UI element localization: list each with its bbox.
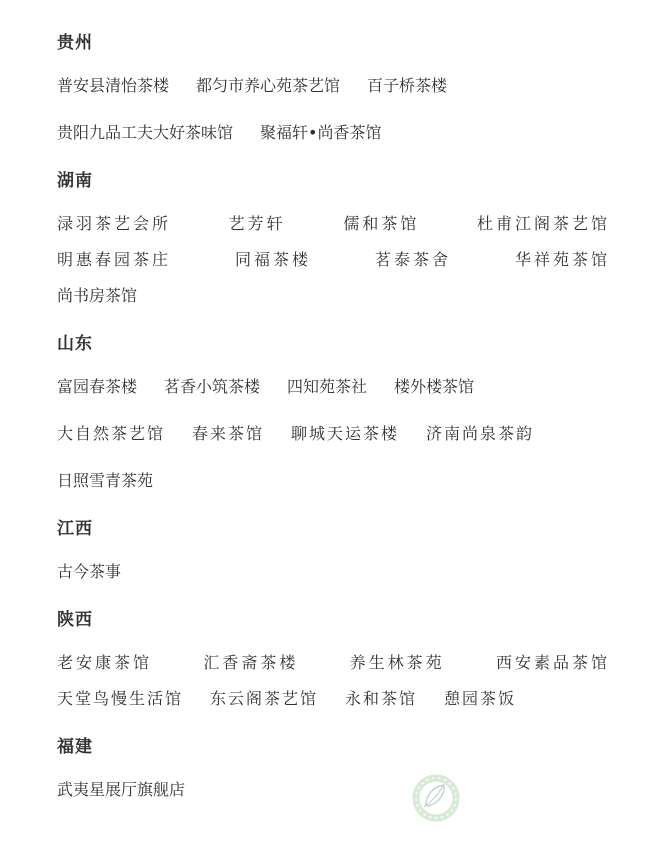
venue-row: 日照雪青茶苑	[57, 471, 610, 491]
venue-row: 武夷星展厅旗舰店	[57, 780, 610, 800]
province-section: 江西古今茶事	[57, 519, 610, 582]
venue-name: 东云阁茶艺馆	[210, 689, 318, 709]
venue-name: 西安素品茶馆	[496, 653, 610, 673]
venue-row: 渌羽茶艺会所艺芳轩儒和茶馆杜甫江阁茶艺馆	[57, 214, 610, 234]
venue-name: 杜甫江阁茶艺馆	[477, 214, 610, 234]
province-section: 贵州普安县清怡茶楼都匀市养心苑茶艺馆百子桥茶楼贵阳九品工夫大好茶味馆聚福轩•尚香…	[57, 33, 610, 143]
venue-name: 普安县清怡茶楼	[57, 76, 169, 96]
venue-name: 古今茶事	[57, 562, 121, 582]
venue-name: 春来茶馆	[192, 424, 264, 444]
venue-name: 百子桥茶楼	[367, 76, 447, 96]
document-page: 贵州普安县清怡茶楼都匀市养心苑茶艺馆百子桥茶楼贵阳九品工夫大好茶味馆聚福轩•尚香…	[0, 0, 667, 846]
venue-row: 大自然茶艺馆春来茶馆聊城天运茶楼济南尚泉茶韵	[57, 424, 610, 444]
province-section: 湖南渌羽茶艺会所艺芳轩儒和茶馆杜甫江阁茶艺馆明惠春园茶庄同福茶楼茗泰茶舍华祥苑茶…	[57, 171, 610, 306]
province-heading: 陕西	[57, 610, 610, 630]
venue-row: 古今茶事	[57, 562, 610, 582]
venue-row: 明惠春园茶庄同福茶楼茗泰茶舍华祥苑茶馆	[57, 250, 610, 270]
venue-name: 茗泰茶舍	[375, 250, 451, 270]
venue-name: 儒和茶馆	[343, 214, 419, 234]
venue-name: 汇香斋茶楼	[203, 653, 298, 673]
venue-row: 贵阳九品工夫大好茶味馆聚福轩•尚香茶馆	[57, 123, 610, 143]
venue-name: 天堂鸟慢生活馆	[57, 689, 183, 709]
venue-name: 济南尚泉茶韵	[426, 424, 534, 444]
venue-name: 养生林茶苑	[350, 653, 445, 673]
province-section: 陕西老安康茶馆汇香斋茶楼养生林茶苑西安素品茶馆天堂鸟慢生活馆东云阁茶艺馆永和茶馆…	[57, 610, 610, 709]
province-heading: 福建	[57, 737, 610, 757]
venue-row: 老安康茶馆汇香斋茶楼养生林茶苑西安素品茶馆	[57, 653, 610, 673]
province-heading: 山东	[57, 334, 610, 354]
venue-row: 尚书房茶馆	[57, 286, 610, 306]
province-section: 山东富园春茶楼茗香小筑茶楼四知苑茶社楼外楼茶馆大自然茶艺馆春来茶馆聊城天运茶楼济…	[57, 334, 610, 491]
venue-name: 大自然茶艺馆	[57, 424, 165, 444]
venue-name: 聚福轩•尚香茶馆	[260, 123, 381, 143]
venue-name: 永和茶馆	[345, 689, 417, 709]
venue-name: 渌羽茶艺会所	[57, 214, 171, 234]
venue-name: 憩园茶饭	[444, 689, 516, 709]
province-heading: 贵州	[57, 33, 610, 53]
venue-name: 同福茶楼	[235, 250, 311, 270]
venue-name: 华祥苑茶馆	[515, 250, 610, 270]
venue-name: 艺芳轩	[229, 214, 286, 234]
venue-row: 天堂鸟慢生活馆东云阁茶艺馆永和茶馆憩园茶饭	[57, 689, 610, 709]
venue-name: 贵阳九品工夫大好茶味馆	[57, 123, 233, 143]
venue-name: 都匀市养心苑茶艺馆	[196, 76, 340, 96]
province-heading: 湖南	[57, 171, 610, 191]
venue-name: 日照雪青茶苑	[57, 471, 153, 491]
province-section: 福建武夷星展厅旗舰店	[57, 737, 610, 800]
province-heading: 江西	[57, 519, 610, 539]
venue-name: 楼外楼茶馆	[394, 377, 474, 397]
province-list: 贵州普安县清怡茶楼都匀市养心苑茶艺馆百子桥茶楼贵阳九品工夫大好茶味馆聚福轩•尚香…	[57, 33, 610, 800]
venue-name: 四知苑茶社	[287, 377, 367, 397]
venue-name: 明惠春园茶庄	[57, 250, 171, 270]
venue-row: 富园春茶楼茗香小筑茶楼四知苑茶社楼外楼茶馆	[57, 377, 610, 397]
venue-name: 茗香小筑茶楼	[164, 377, 260, 397]
venue-name: 老安康茶馆	[57, 653, 152, 673]
venue-name: 聊城天运茶楼	[291, 424, 399, 444]
venue-name: 武夷星展厅旗舰店	[57, 780, 185, 800]
venue-row: 普安县清怡茶楼都匀市养心苑茶艺馆百子桥茶楼	[57, 76, 610, 96]
venue-name: 尚书房茶馆	[57, 286, 137, 306]
venue-name: 富园春茶楼	[57, 377, 137, 397]
